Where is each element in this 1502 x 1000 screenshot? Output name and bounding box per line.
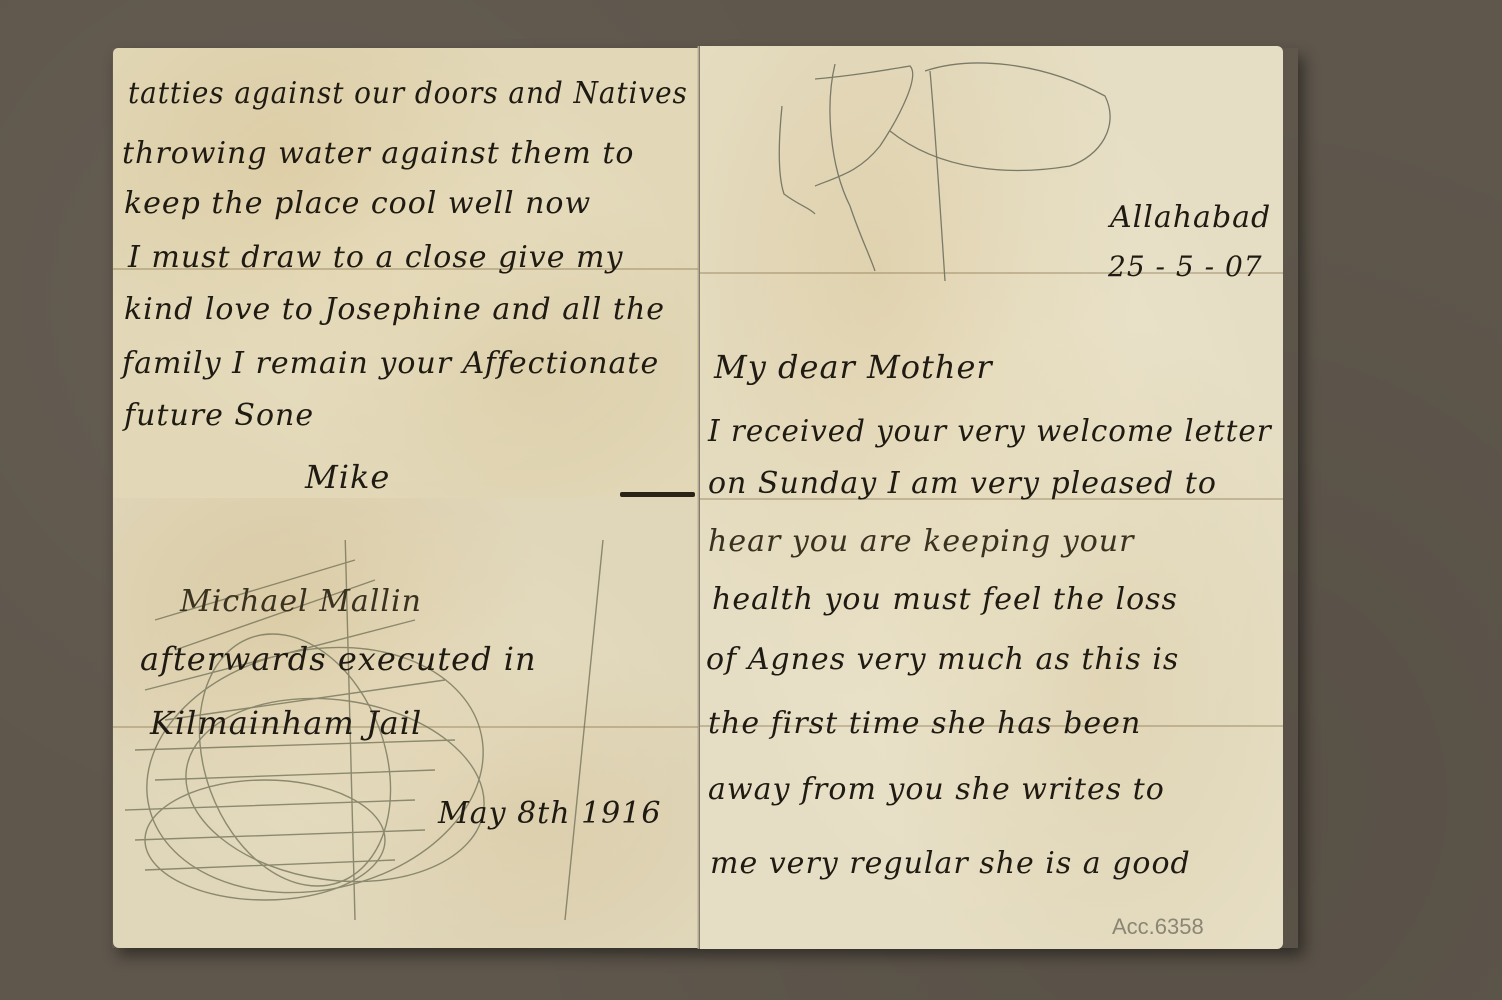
annotation-line: afterwards executed in [140, 640, 537, 678]
letter-line: kind love to Josephine and all the [124, 292, 665, 327]
annotation-line: Kilmainham Jail [150, 704, 422, 742]
annotation-date: May 8th 1916 [438, 796, 661, 831]
letter-line: family I remain your Affectionate [122, 346, 659, 381]
letter-line: the first time she has been [708, 706, 1141, 741]
letter-line: me very regular she is a good [710, 846, 1191, 881]
letter-line: health you must feel the loss [712, 582, 1178, 617]
letter-line: I must draw to a close give my [128, 240, 623, 275]
letter-line: throwing water against them to [122, 136, 634, 171]
letter-line: on Sunday I am very pleased to [708, 466, 1217, 501]
letter-line: keep the place cool well now [124, 186, 591, 221]
salutation: My dear Mother [714, 348, 993, 386]
page-tear [620, 492, 695, 497]
annotation-line: Michael Mallin [180, 584, 422, 619]
accession-number: Acc.6358 [1112, 914, 1204, 940]
letter-line: hear you are keeping your [708, 524, 1134, 559]
letter-date: 25 - 5 - 07 [1108, 250, 1263, 283]
letter-line: tatties against our doors and Natives [128, 76, 688, 111]
letter-place: Allahabad [1110, 200, 1271, 235]
letter-line: future Sone [124, 398, 314, 433]
letter-line: of Agnes very much as this is [706, 642, 1179, 677]
letter-line: away from you she writes to [708, 772, 1165, 807]
signature: Mike [305, 458, 390, 496]
letter-line: I received your very welcome letter [708, 414, 1272, 449]
